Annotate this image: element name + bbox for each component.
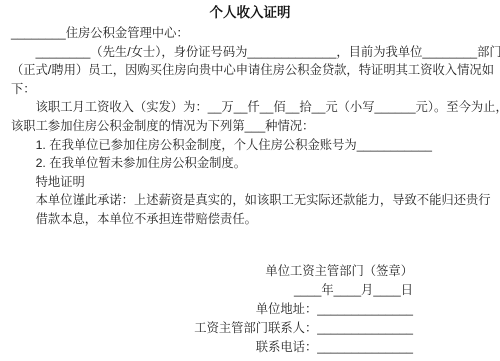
signature-department-line: 单位工资主管部门（签章） <box>0 262 413 281</box>
line-statement-end: 下： <box>11 80 494 99</box>
company-address-line: 单位地址：______________ <box>0 300 413 319</box>
line-fund-option-1: 1. 在我单位已参加住房公积金制度，个人住房公积金账号为___________ <box>11 136 494 155</box>
line-fund-option-2: 2. 在我单位暂未参加住房公积金制度。 <box>11 154 494 173</box>
line-employment-statement: （正式/聘用）员工，因购买住房向贵中心申请住房公积金贷款，特证明其工资收入情况如 <box>11 61 494 80</box>
line-special-note-heading: 特地证明 <box>11 173 494 192</box>
line-employee-identity: ________（先生/女士），身份证号码为_____________，目前为我… <box>11 43 494 62</box>
signature-date-line: ____年____月____日 <box>0 281 413 300</box>
contact-person-line: 工资主管部门联系人：______________ <box>0 319 413 338</box>
contact-phone-line: 联系电话：______________ <box>0 338 413 357</box>
signature-block: 单位工资主管部门（签章） ____年____月____日 单位地址：______… <box>0 262 413 357</box>
line-commitment-part-1: 本单位谨此承诺：上述薪资是真实的，如该职工无实际还款能力，导致不能归还贵行 <box>11 191 494 210</box>
document-title: 个人收入证明 <box>0 2 500 23</box>
income-certificate-document: 个人收入证明 ________住房公积金管理中心： ________（先生/女士… <box>0 0 500 361</box>
line-salary-amount: 该职工月工资收入（实发）为：__万__仟__佰__拾__元（小写______元）… <box>11 98 494 117</box>
line-commitment-part-2: 借款本息，本单位不承担连带赔偿责任。 <box>11 210 494 229</box>
document-body: ________住房公积金管理中心： ________（先生/女士），身份证号码… <box>11 24 494 229</box>
line-fund-status-intro: 该职工参加住房公积金制度的情况为下列第___种情况： <box>11 117 494 136</box>
line-addressee: ________住房公积金管理中心： <box>11 24 494 43</box>
